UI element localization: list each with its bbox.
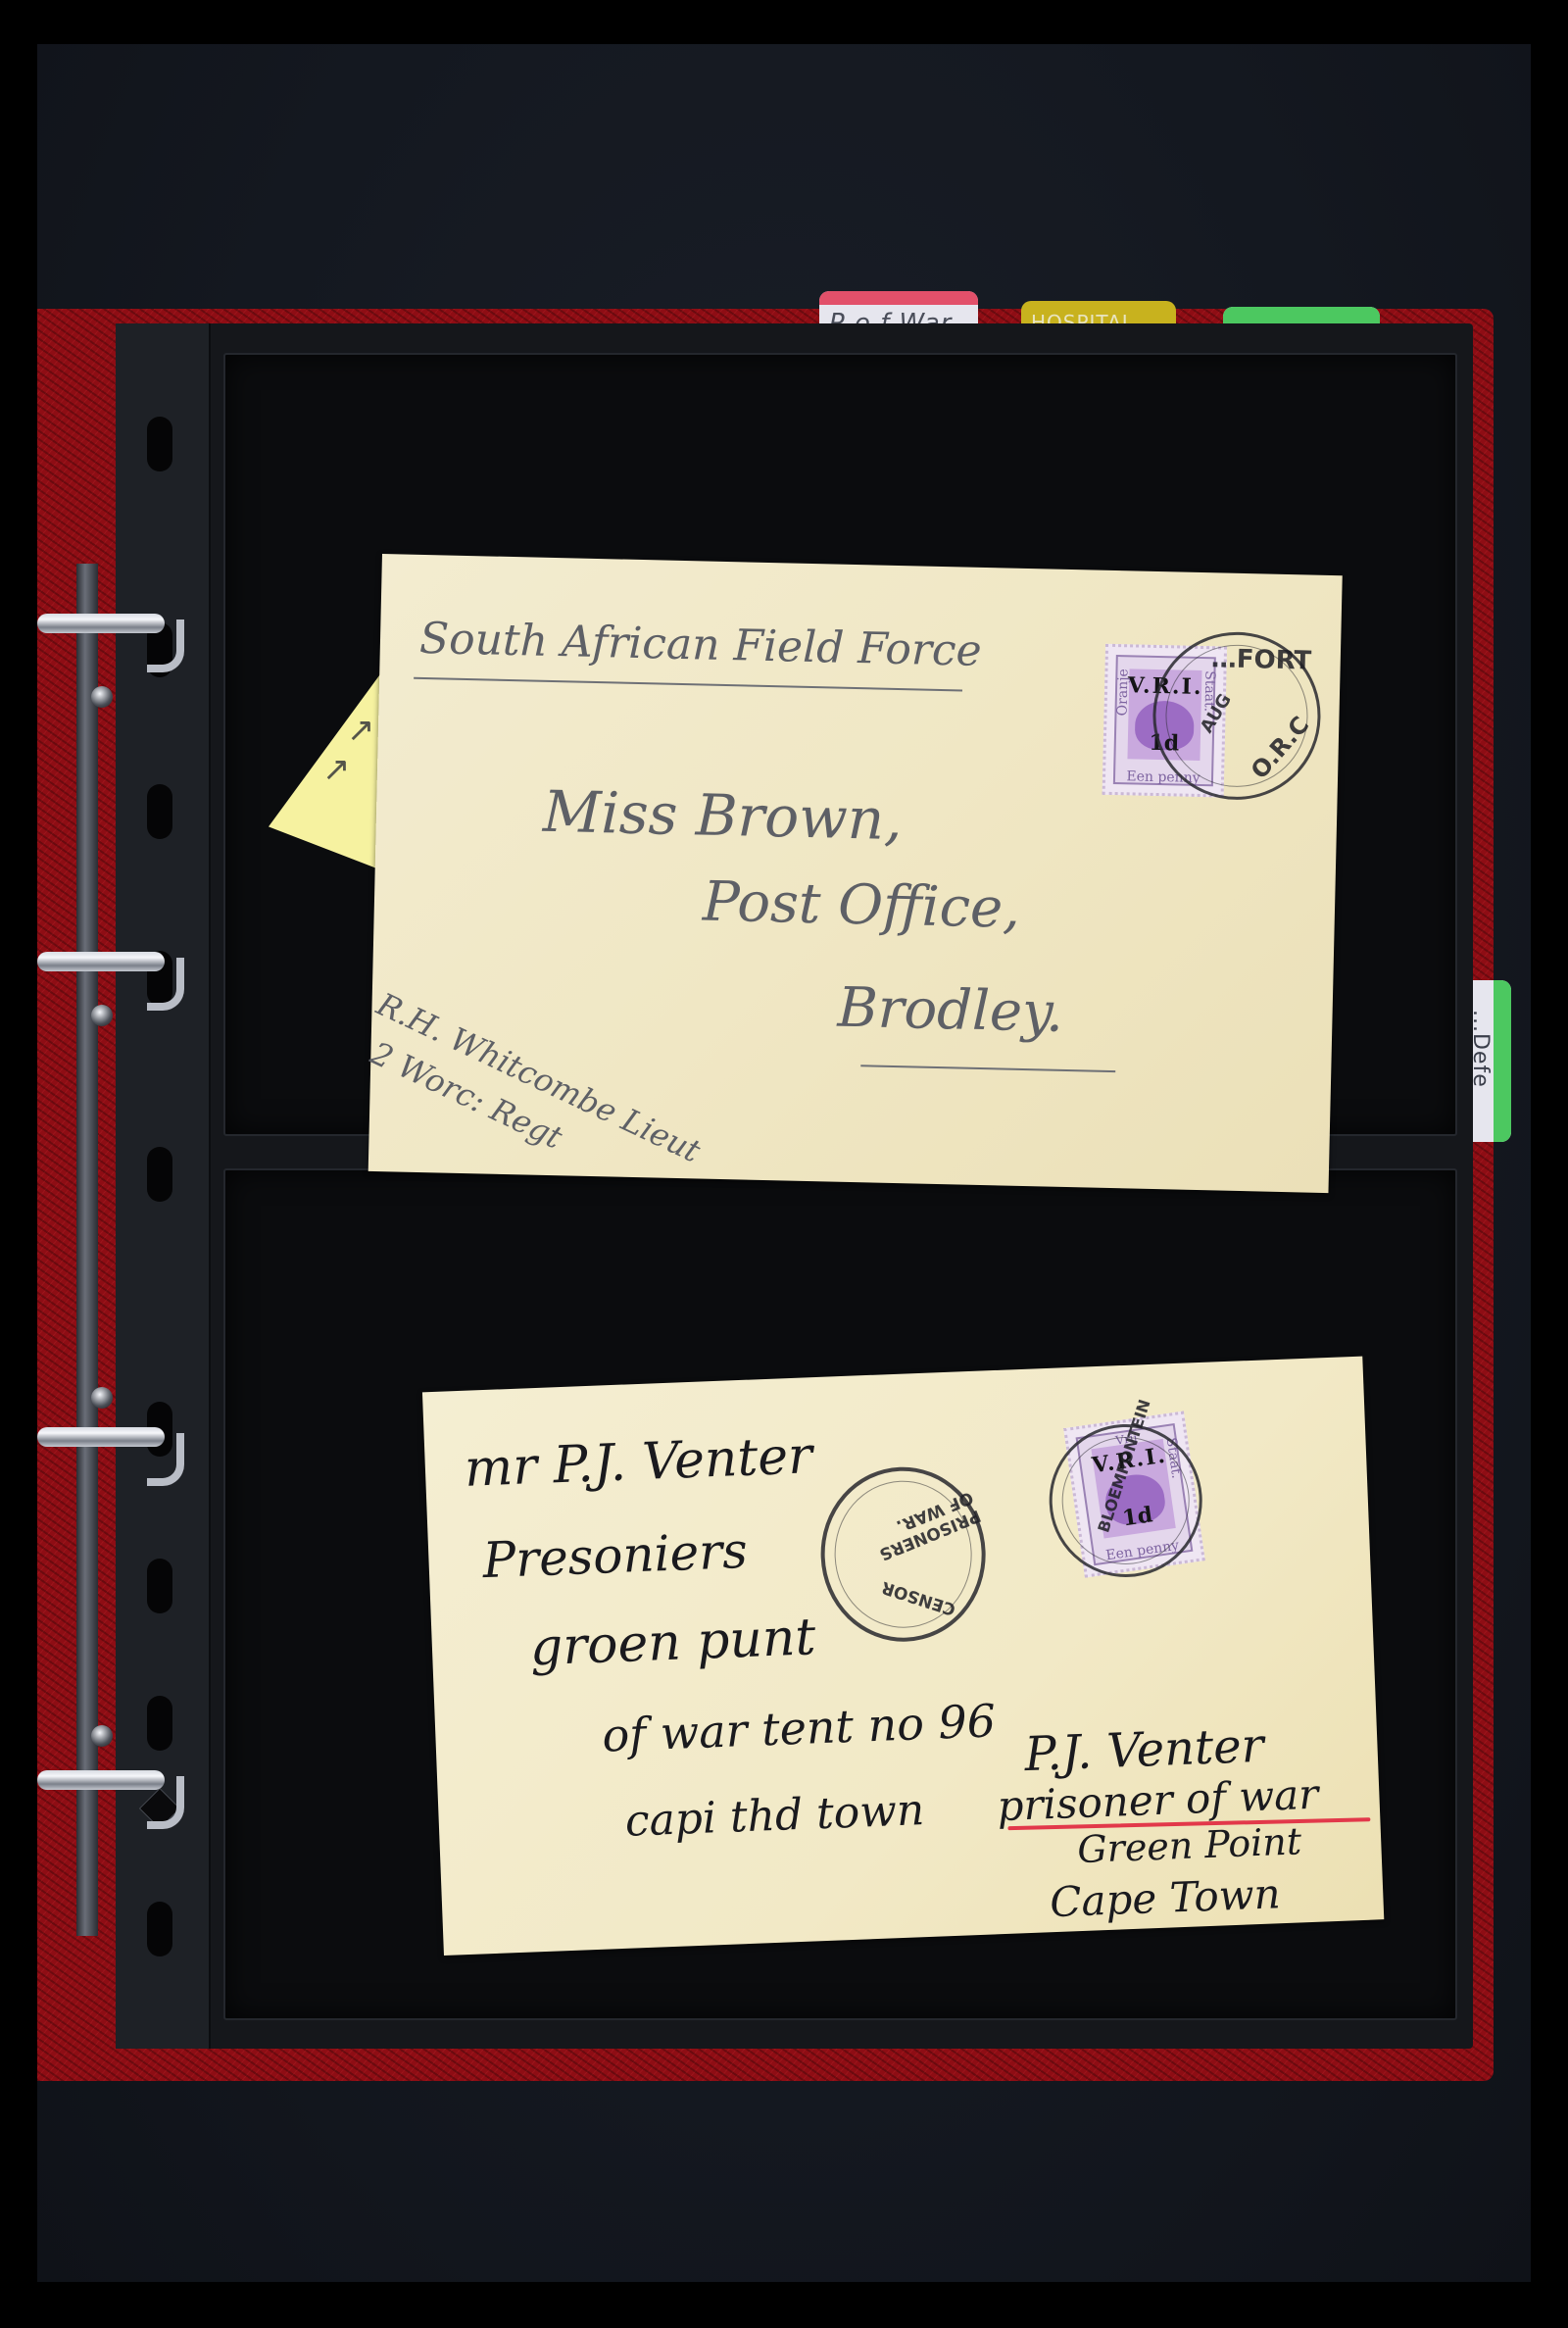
address-line: capi thd town <box>624 1785 925 1847</box>
binder-ring <box>37 608 184 641</box>
address-line: Miss Brown, <box>542 778 903 853</box>
address-line: Post Office, <box>702 870 1020 941</box>
rivet <box>91 1387 113 1409</box>
cover-prisoner-of-war: mr P.J. Venter Presoniers groen punt of … <box>422 1357 1384 1956</box>
cover-south-african-field-force: South African Field Force Miss Brown, Po… <box>368 554 1343 1193</box>
rivet <box>91 686 113 708</box>
address-line: groen punt <box>529 1608 817 1677</box>
address-line: Brodley. <box>837 976 1064 1045</box>
punch-hole <box>147 784 172 839</box>
binder-ring <box>37 1764 184 1798</box>
address-line: Presoniers <box>481 1522 748 1589</box>
address-line: mr P.J. Venter <box>464 1426 813 1499</box>
rivet <box>91 1005 113 1026</box>
rivet <box>91 1725 113 1747</box>
censor-handstamp: PRISONERS OF WAR. CENSOR <box>817 1464 989 1645</box>
binder-rings <box>37 368 106 2054</box>
annotation-line: Cape Town <box>1049 1869 1281 1926</box>
punch-hole <box>147 1696 172 1751</box>
punch-hole <box>147 1147 172 1202</box>
address-line: of war tent no 96 <box>601 1694 996 1761</box>
punch-hole <box>147 1902 172 1957</box>
binder-ring <box>37 1421 184 1455</box>
punch-hole <box>147 417 172 471</box>
cover-header: South African Field Force <box>418 614 982 676</box>
binder-ring <box>37 946 184 979</box>
album-photo: P o f War HOSPITAL ...Defe <box>37 44 1531 2282</box>
annotation-line: Green Point <box>1076 1819 1301 1871</box>
punch-hole <box>147 1559 172 1613</box>
